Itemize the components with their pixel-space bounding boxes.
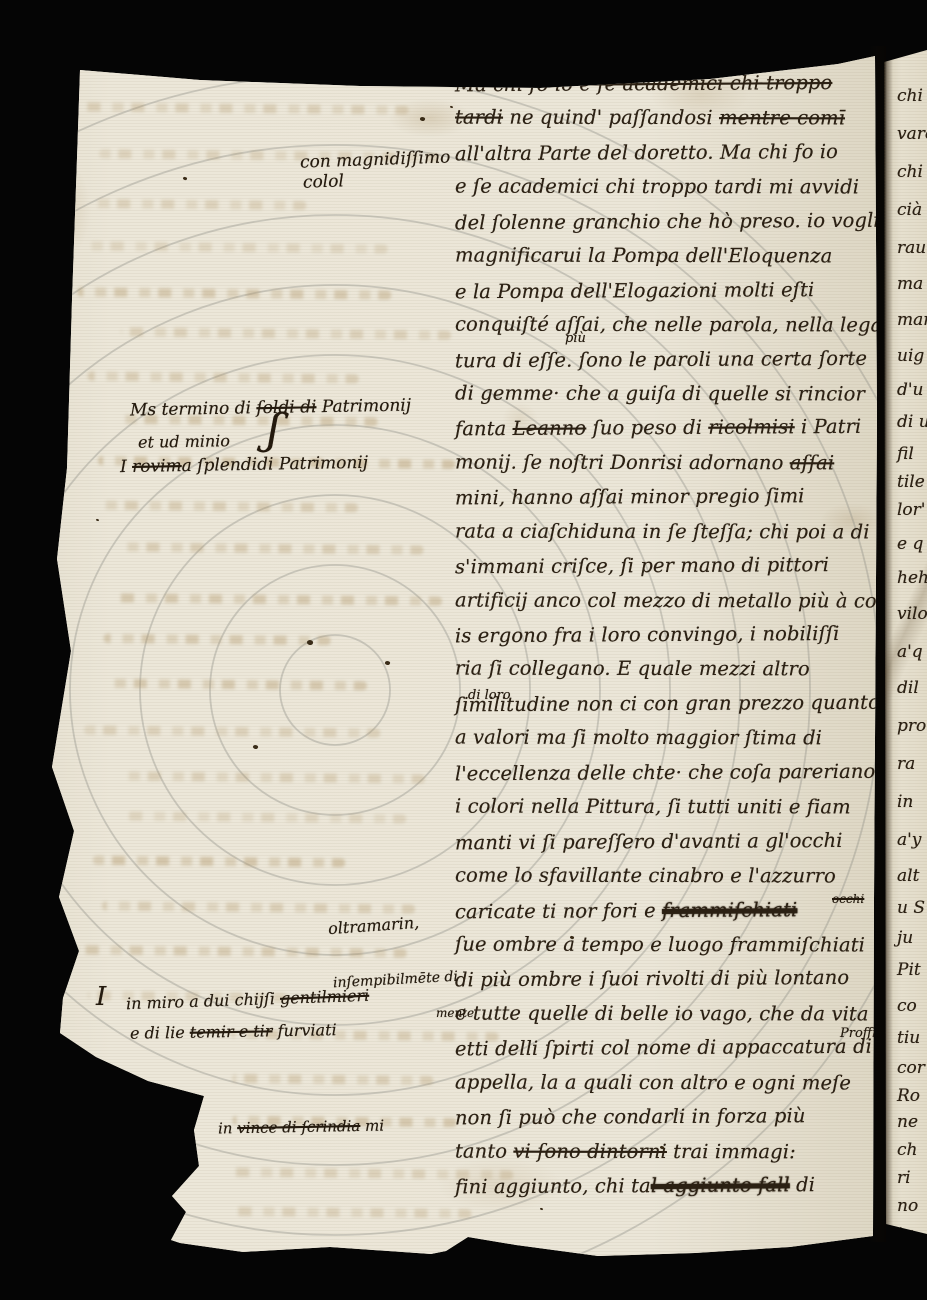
cutoff-word-fragment: ma (897, 274, 923, 294)
struck-text: frammiſchiati (662, 898, 797, 922)
margin-annotation: e di lie temir e tir furviati (130, 1020, 337, 1043)
cutoff-word-fragment: cor (897, 1058, 925, 1078)
handwritten-text: Ms termino di (130, 398, 257, 420)
handwritten-text: oltramarin, (327, 913, 419, 938)
handwritten-text: furviati (272, 1020, 337, 1040)
cutoff-word-fragment: a'y (897, 830, 921, 850)
handwritten-text: a ſplendidi Patrimonij (181, 453, 368, 476)
struck-text: temir e tir (190, 1021, 273, 1041)
handwritten-text: conquiſté aſſai, che nelle parola, nella… (455, 313, 889, 337)
handwritten-text: Proffi (840, 1026, 876, 1041)
interline-insert: Proffi (840, 1026, 876, 1041)
cutoff-word-fragment: ch (897, 1140, 917, 1160)
manuscript-line: caricate ti nor fori e frammiſchiati (455, 897, 885, 934)
handwritten-text: di (790, 1173, 815, 1196)
manuscript-line: all'altra Parte del doretto. Ma chi fo i… (455, 140, 885, 177)
bleedthrough-line (93, 856, 345, 868)
struck-text: ſoldi di (256, 397, 316, 418)
handwritten-text: rata a ciaſchiduna in ſe ſteſſa; chi poi… (455, 519, 870, 543)
manuscript-line: magnificarui la Pompa dell'Eloquenza (455, 244, 885, 279)
handwritten-text: monij. ſe noſtri Donrisi adornano (455, 450, 790, 474)
struck-text: l aggiunto fall (651, 1173, 790, 1197)
body-text: Ma chi fo io e ſe academici chi troppota… (455, 72, 885, 1208)
manuscript-line: s'immani criſce, ſi per mano di pittori (455, 553, 885, 590)
handwritten-text: ria ſi collegano. E quale mezzi altro (455, 657, 810, 681)
struck-text: Leanno (513, 417, 587, 440)
handwritten-text: s'immani criſce, ſi per mano di pittori (455, 553, 829, 578)
cutoff-word-fragment: in (897, 792, 913, 812)
margin-annotation: colol (303, 171, 345, 192)
bleedthrough-line (74, 946, 407, 958)
manuscript-line: fini aggiunto, chi tal aggiunto fall di (455, 1173, 885, 1210)
cutoff-word-fragment: ne (897, 1112, 918, 1132)
cutoff-word-fragment: Ro (897, 1086, 920, 1106)
struck-text: Ma chi fo io e ſe academici chi troppo (455, 71, 832, 96)
cutoff-word-fragment: cià (897, 200, 922, 220)
handwritten-text: del ſolenne granchio che hò preso. io vo… (455, 208, 892, 234)
manuscript-line: mini, hanno aſſai minor pregio ſimi (455, 484, 885, 521)
interline-insert: più (565, 331, 586, 346)
margin-annotation: I (96, 982, 106, 1012)
manuscript-line: appella, la a quali con altro e ogni meſ… (455, 1070, 885, 1105)
cutoff-word-fragment: heh (897, 568, 927, 588)
handwritten-text: fanta (455, 417, 513, 440)
cutoff-word-fragment: dil (897, 678, 919, 698)
manuscript-line: fanta Leanno ſuo peso di ricolmisi i Pat… (455, 415, 885, 452)
margin-annotation: I rovima ſplendidi Patrimonij (120, 453, 368, 477)
cutoff-word-fragment: uig (897, 346, 924, 366)
manuscript-line: l'eccellenza delle chte· che coſa pareri… (455, 759, 885, 796)
handwritten-text: all'altra Parte del doretto. Ma chi fo i… (455, 140, 838, 165)
interline-insert: occhi (832, 892, 864, 906)
bleedthrough-line (121, 772, 425, 784)
struck-text: aſſai (790, 451, 834, 474)
cutoff-word-fragment: varò (897, 124, 927, 144)
handwritten-text: fini aggiunto, chi ta (455, 1174, 651, 1198)
ink-speck (96, 518, 100, 521)
cutoff-word-fragment: vilo (897, 604, 927, 624)
handwritten-text: is ergono fra i loro convingo, i nobiliſ… (455, 622, 840, 647)
bleedthrough-line (116, 594, 442, 606)
cutoff-word-fragment: mar (897, 310, 927, 330)
manuscript-line: Ma chi fo io e ſe academici chi troppo (455, 71, 885, 108)
cutoff-word-fragment: ju (897, 928, 913, 948)
cutoff-word-fragment: fil (897, 444, 914, 464)
handwritten-text: i colori nella Pittura, ſi tutti uniti e… (455, 795, 851, 819)
handwritten-text: et ud minio (138, 431, 230, 452)
cutoff-word-fragment: u S (897, 898, 925, 918)
corner-mark: ʌ (170, 1200, 177, 1215)
interline-insert: di loro (468, 688, 511, 703)
handwritten-text: i Patri (795, 415, 862, 438)
manuscript-line: e la Pompa dell'Elogazioni molti eſti (455, 277, 885, 314)
bleedthrough-line (107, 679, 367, 691)
cutoff-word-fragment: Pit (897, 960, 921, 980)
handwritten-text: non ſi può che condarli in forza più (455, 1104, 806, 1129)
bleedthrough-line (101, 501, 358, 513)
struck-text: tardi (455, 106, 503, 129)
handwritten-text: manti vi ſi pareſſero d'avanti a gl'occh… (455, 829, 843, 854)
cutoff-word-fragment: e q (897, 534, 923, 554)
manuscript-line: di gemme· che a guiſa di quelle si rinci… (455, 381, 885, 416)
cutoff-word-fragment: chi (897, 162, 923, 182)
manuscript-line: non ſi può che condarli in forza più (455, 1104, 885, 1141)
manuscript-line: tanto vi ſono dintorni trai immagi: (455, 1139, 885, 1174)
cutoff-word-fragment: di u (897, 412, 927, 432)
struck-text: gentilmieri (280, 986, 370, 1008)
cutoff-word-fragment: chi t (897, 86, 927, 106)
manuscript-line: i colori nella Pittura, ſi tutti uniti e… (455, 795, 885, 830)
handwritten-text: I (120, 457, 132, 477)
manuscript-photo: Ma chi fo io e ſe academici chi troppota… (0, 0, 927, 1300)
cutoff-word-fragment: ra (897, 754, 915, 774)
handwritten-text: ſimilitudine non ci con gran prezzo quan… (455, 691, 880, 717)
ink-speck (252, 744, 258, 750)
handwritten-text: ſuo peso di (586, 416, 708, 440)
handwritten-text: e di lie (130, 1023, 190, 1043)
manuscript-line: manti vi ſi pareſſero d'avanti a gl'occh… (455, 828, 885, 865)
bleedthrough-line (104, 634, 331, 645)
bleedthrough-line (90, 242, 388, 254)
margin-annotation: in vince di ſcrindia mi (218, 1117, 384, 1138)
handwritten-text: di gemme· che a guiſa di quelle si rinci… (455, 381, 865, 405)
margin-annotation: et ud minio (138, 431, 230, 452)
manuscript-line: conquiſté aſſai, che nelle parola, nella… (455, 313, 885, 348)
struck-text: rovim (132, 456, 182, 477)
handwritten-text: artificij anco col mezzo di metallo più … (455, 588, 889, 612)
handwritten-text: ſue ombre a tempo e luogo frammiſchiati (455, 932, 865, 956)
ink-speck (450, 105, 454, 108)
handwritten-text: in (218, 1119, 238, 1137)
manuscript-line: e tutte quelle di belle io vago, che da … (455, 1001, 885, 1036)
manuscript-line: tardi ne quind' paſſandosi mentre comī (455, 106, 885, 141)
manuscript-line: ſimilitudine non ci con gran prezzo quan… (455, 691, 885, 728)
cutoff-word-fragment: co (897, 996, 917, 1016)
bleedthrough-line (84, 726, 380, 738)
manuscript-line: come lo sfavillante cinabro e l'azzurro (455, 864, 885, 899)
bleedthrough-line (121, 327, 451, 339)
margin-annotation: in miro a dui chijſi gentilmieri (126, 986, 370, 1013)
cutoff-word-fragment: alt (897, 866, 919, 886)
ink-speck (183, 176, 188, 180)
cutoff-word-fragment: no (897, 1196, 918, 1216)
handwritten-text: appella, la a quali con altro e ogni meſ… (455, 1070, 851, 1094)
handwritten-text: tura di eſſe. ſono le paroli una certa ſ… (455, 346, 867, 372)
bleedthrough-line (119, 543, 424, 555)
manuscript-line: tura di eſſe. ſono le paroli una certa ſ… (455, 346, 885, 383)
handwritten-text: trai immagi: (667, 1140, 796, 1163)
handwritten-text: magnificarui la Pompa dell'Eloquenza (455, 244, 832, 268)
struck-text: ricolmisi (708, 416, 794, 440)
cutoff-word-fragment: tile (897, 472, 925, 492)
manuscript-line: monij. ſe noſtri Donrisi adornano aſſai (455, 450, 885, 485)
adjacent-page-strip: chi tvaròchiciàraunmamaruigd'udi ufiltil… (884, 48, 927, 1240)
handwritten-text: di più ombre i ſuoi rivolti di più lonta… (455, 966, 849, 991)
bleedthrough-line (95, 199, 306, 210)
bleedthrough-line (102, 902, 415, 914)
manuscript-line: artificij anco col mezzo di metallo più … (455, 588, 885, 623)
handwritten-text: mente (436, 1006, 474, 1020)
bleedthrough-line (87, 372, 358, 384)
handwritten-text: Patrimonij (316, 396, 411, 418)
handwritten-text: in miro a dui chijſi (126, 989, 281, 1013)
cutoff-word-fragment: lor' (897, 500, 925, 520)
manuscript-line: etti delli ſpirti col nome di appaccatur… (455, 1035, 885, 1072)
bleedthrough-line (232, 1207, 471, 1219)
manuscript-line: a valori ma ſi molto maggior ſtima di (455, 726, 885, 761)
bleedthrough-line (82, 102, 407, 114)
handwritten-text: a valori ma ſi molto maggior ſtima di (455, 726, 822, 750)
ink-speck (384, 660, 390, 666)
interline-insert: mente (436, 1006, 474, 1020)
ink-speck (419, 116, 425, 122)
cutoff-word-fragment: ri (897, 1168, 911, 1188)
handwritten-text: ne quind' paſſandosi (503, 106, 719, 129)
manuscript-line: del ſolenne granchio che hò preso. io vo… (455, 208, 885, 245)
handwritten-text: caricate ti nor fori e (455, 899, 662, 923)
manuscript-line: di più ombre i ſuoi rivolti di più lonta… (455, 966, 885, 1003)
handwritten-text: colol (303, 171, 345, 192)
handwritten-text: I (96, 982, 106, 1012)
cutoff-word-fragment: d'u (897, 380, 924, 400)
manuscript-line: is ergono fra i loro convingo, i nobiliſ… (455, 622, 885, 659)
manuscript-line: e ſe academici chi troppo tardi mi avvid… (455, 175, 885, 210)
cutoff-word-fragment: pro (897, 716, 926, 736)
handwritten-text: di loro (468, 688, 511, 703)
handwritten-text: etti delli ſpirti col nome di appaccatur… (455, 1035, 872, 1061)
manuscript-line: rata a ciaſchiduna in ſe ſteſſa; chi poi… (455, 519, 885, 554)
handwritten-text: e ſe academici chi troppo tardi mi avvid… (455, 175, 859, 199)
cutoff-word-fragment: raun (897, 238, 927, 258)
struck-text: mentre comī (719, 107, 845, 130)
handwritten-text: mini, hanno aſſai minor pregio ſimi (455, 484, 805, 509)
bleedthrough-line (77, 287, 391, 299)
manuscript-line: ſue ombre a tempo e luogo frammiſchiati (455, 932, 885, 967)
handwritten-text: e la Pompa dell'Elogazioni molti eſti (455, 278, 814, 303)
bleedthrough-line (126, 811, 405, 823)
cutoff-word-fragment: tiu (897, 1028, 920, 1048)
manuscript-page: Ma chi fo io e ſe academici chi troppota… (0, 0, 927, 1300)
handwritten-text: l'eccellenza delle chte· che coſa pareri… (455, 759, 875, 785)
cutoff-word-fragment: ta (897, 1224, 914, 1240)
handwritten-text: più (565, 331, 586, 346)
struck-text: vince di ſcrindia (237, 1117, 360, 1137)
handwritten-text: tanto (455, 1139, 513, 1162)
bleedthrough-line (232, 1074, 433, 1085)
handwritten-text: mi (360, 1117, 384, 1135)
handwritten-text: e tutte quelle di belle io vago, che da … (455, 1001, 869, 1025)
handwritten-text: con magnidiſſimo (300, 147, 451, 172)
cutoff-word-fragment: a'q (897, 642, 923, 662)
handwritten-text: come lo sfavillante cinabro e l'azzurro (455, 864, 836, 888)
manuscript-line: ria ſi collegano. E quale mezzi altro (455, 657, 885, 692)
struck-text: occhi (832, 892, 864, 906)
margin-annotation: con magnidiſſimo (300, 147, 451, 172)
struck-text: vi ſono dintorni (513, 1139, 667, 1162)
margin-annotation: oltramarin, (327, 913, 419, 938)
